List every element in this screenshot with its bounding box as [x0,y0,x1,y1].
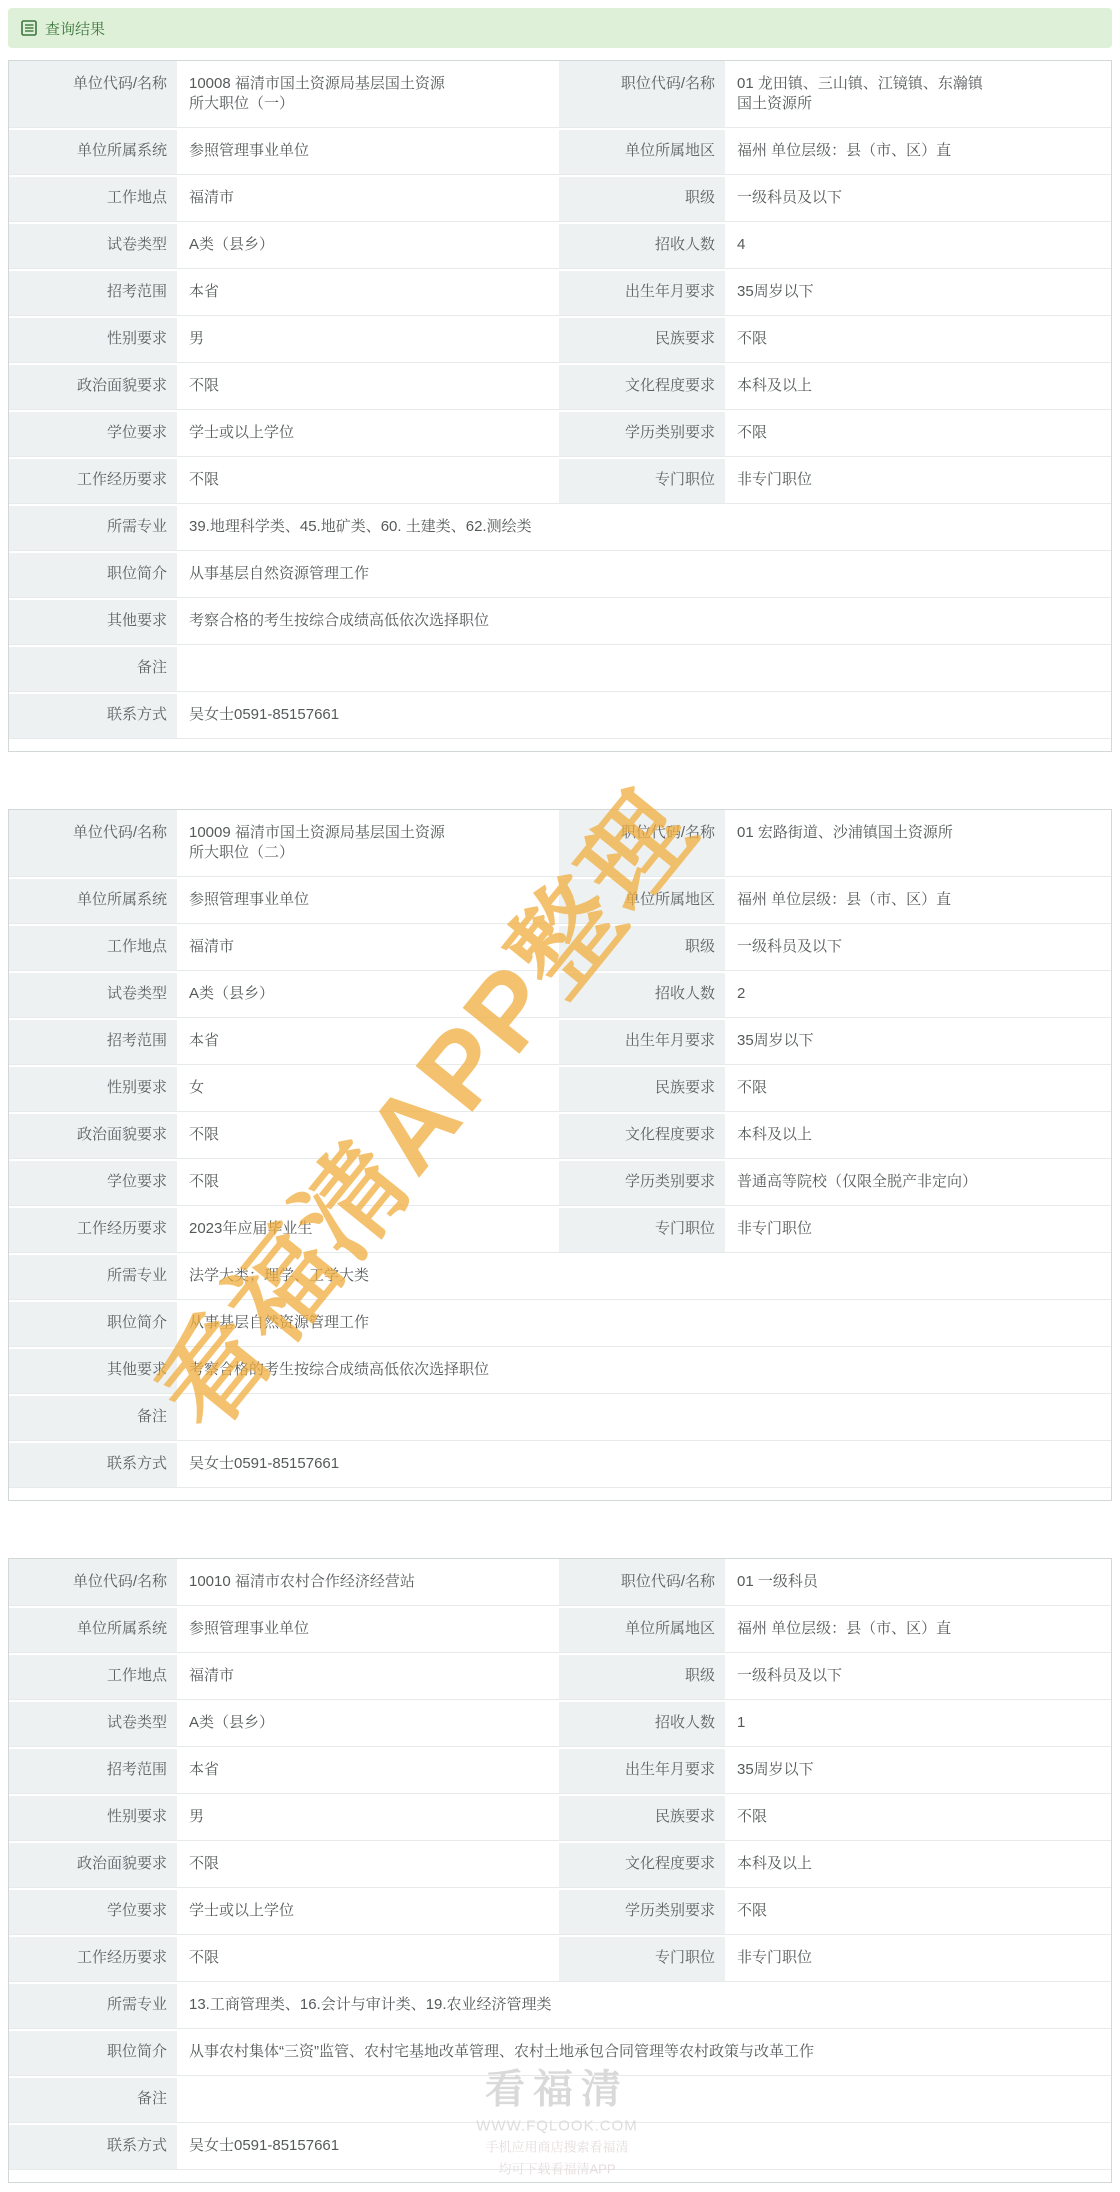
field-value: 一级科员及以下 [725,1653,1111,1699]
field-value: 考察合格的考生按综合成绩高低依次选择职位 [177,598,1111,644]
field-label: 联系方式 [9,1441,177,1487]
field-value: 2 [725,971,1111,1017]
field-value: 35周岁以下 [725,269,1111,315]
field-label: 专门职位 [559,1935,725,1981]
field-value: 本科及以上 [725,363,1111,409]
field-label: 专门职位 [559,1206,725,1252]
field-value: 福州 单位层级：县（市、区）直 [725,128,1111,174]
field-value: 女 [177,1065,559,1111]
field-value: 学士或以上学位 [177,1888,559,1934]
field-value: 非专门职位 [725,1935,1111,1981]
field-value: 不限 [177,1159,559,1205]
field-label: 职位代码/名称 [559,810,725,876]
field-value: 2023年应届毕业生 [177,1206,559,1252]
field-label: 试卷类型 [9,1700,177,1746]
field-label: 专门职位 [559,457,725,503]
field-value: 35周岁以下 [725,1747,1111,1793]
field-label: 联系方式 [9,692,177,738]
field-label: 学历类别要求 [559,1888,725,1934]
field-label: 工作地点 [9,924,177,970]
field-value: 不限 [177,457,559,503]
field-value: 学士或以上学位 [177,410,559,456]
field-label: 政治面貌要求 [9,363,177,409]
field-label: 工作地点 [9,1653,177,1699]
field-value: 从事基层自然资源管理工作 [177,1300,1111,1346]
field-label: 文化程度要求 [559,363,725,409]
field-value: 本省 [177,1747,559,1793]
field-value [177,1394,1111,1440]
field-value: 福州 单位层级：县（市、区）直 [725,877,1111,923]
field-value: 福清市 [177,1653,559,1699]
field-label: 职位简介 [9,551,177,597]
field-value: 考察合格的考生按综合成绩高低依次选择职位 [177,1347,1111,1393]
field-value: 男 [177,1794,559,1840]
results-header: 查询结果 [8,8,1112,48]
field-label: 单位所属地区 [559,128,725,174]
field-value: 福州 单位层级：县（市、区）直 [725,1606,1111,1652]
field-label: 所需专业 [9,1982,177,2028]
field-label: 学历类别要求 [559,410,725,456]
field-value: 1 [725,1700,1111,1746]
field-value: 参照管理事业单位 [177,877,559,923]
field-label: 工作经历要求 [9,1935,177,1981]
field-value: 本科及以上 [725,1841,1111,1887]
field-value: 10008 福清市国土资源局基层国土资源 所大职位（一） [177,61,559,127]
field-value: 福清市 [177,175,559,221]
field-label: 职位简介 [9,2029,177,2075]
table-list-icon [21,20,37,36]
field-value: 不限 [725,316,1111,362]
field-value: 法学大类；理学、工学大类 [177,1253,1111,1299]
field-value: 本科及以上 [725,1112,1111,1158]
field-value: A类（县乡） [177,1700,559,1746]
job-table: 单位代码/名称10010 福清市农村合作经济经营站职位代码/名称01 一级科员单… [8,1558,1112,2183]
field-value: 普通高等院校（仅限全脱产非定向） [725,1159,1111,1205]
field-label: 性别要求 [9,1065,177,1111]
field-value: 10009 福清市国土资源局基层国土资源 所大职位（二） [177,810,559,876]
field-label: 所需专业 [9,1253,177,1299]
field-value: A类（县乡） [177,971,559,1017]
field-value: 本省 [177,1018,559,1064]
field-label: 性别要求 [9,316,177,362]
field-value: 参照管理事业单位 [177,128,559,174]
field-label: 政治面貌要求 [9,1112,177,1158]
field-label: 试卷类型 [9,222,177,268]
field-label: 政治面貌要求 [9,1841,177,1887]
field-value: 不限 [725,1888,1111,1934]
field-label: 单位所属系统 [9,877,177,923]
field-label: 单位代码/名称 [9,1559,177,1605]
field-label: 工作经历要求 [9,1206,177,1252]
field-label: 出生年月要求 [559,1018,725,1064]
field-label: 学历类别要求 [559,1159,725,1205]
field-label: 单位所属系统 [9,1606,177,1652]
field-label: 职级 [559,175,725,221]
field-value: 非专门职位 [725,1206,1111,1252]
field-label: 单位所属系统 [9,128,177,174]
field-label: 学位要求 [9,1159,177,1205]
field-label: 单位所属地区 [559,1606,725,1652]
results-header-label: 查询结果 [45,18,105,39]
field-value: 13.工商管理类、16.会计与审计类、19.农业经济管理类 [177,1982,1111,2028]
field-label: 招考范围 [9,1018,177,1064]
field-value: 一级科员及以下 [725,924,1111,970]
job-table: 单位代码/名称10008 福清市国土资源局基层国土资源 所大职位（一）职位代码/… [8,60,1112,752]
field-value: 本省 [177,269,559,315]
field-label: 性别要求 [9,1794,177,1840]
field-value: 一级科员及以下 [725,175,1111,221]
field-label: 备注 [9,1394,177,1440]
field-label: 其他要求 [9,1347,177,1393]
query-results-page: 查询结果 单位代码/名称10008 福清市国土资源局基层国土资源 所大职位（一）… [0,8,1120,2183]
field-label: 工作经历要求 [9,457,177,503]
table-footer-strip [9,738,1111,751]
field-value: 不限 [725,410,1111,456]
field-value: 参照管理事业单位 [177,1606,559,1652]
field-label: 文化程度要求 [559,1841,725,1887]
field-label: 职级 [559,924,725,970]
field-value: 男 [177,316,559,362]
field-value: 从事基层自然资源管理工作 [177,551,1111,597]
field-label: 单位所属地区 [559,877,725,923]
field-label: 职位简介 [9,1300,177,1346]
field-value: 不限 [177,1112,559,1158]
field-label: 民族要求 [559,1794,725,1840]
field-label: 其他要求 [9,598,177,644]
field-value: 01 宏路街道、沙浦镇国土资源所 [725,810,1111,876]
table-footer-strip [9,2169,1111,2182]
field-value: 吴女士0591-85157661 [177,1441,1111,1487]
field-label: 民族要求 [559,1065,725,1111]
field-value: 01 一级科员 [725,1559,1111,1605]
field-value: 10010 福清市农村合作经济经营站 [177,1559,559,1605]
field-label: 招收人数 [559,1700,725,1746]
field-value: 39.地理科学类、45.地矿类、60. 土建类、62.测绘类 [177,504,1111,550]
field-label: 单位代码/名称 [9,61,177,127]
field-label: 招收人数 [559,971,725,1017]
field-value: 不限 [725,1794,1111,1840]
field-value: 吴女士0591-85157661 [177,2123,1111,2169]
field-label: 备注 [9,2076,177,2122]
field-label: 职位代码/名称 [559,61,725,127]
job-table: 单位代码/名称10009 福清市国土资源局基层国土资源 所大职位（二）职位代码/… [8,809,1112,1501]
field-value: 不限 [177,1841,559,1887]
field-label: 职级 [559,1653,725,1699]
field-value: A类（县乡） [177,222,559,268]
field-value [177,645,1111,691]
field-label: 出生年月要求 [559,1747,725,1793]
field-value: 35周岁以下 [725,1018,1111,1064]
field-value [177,2076,1111,2122]
field-label: 单位代码/名称 [9,810,177,876]
field-label: 招考范围 [9,1747,177,1793]
field-value: 4 [725,222,1111,268]
field-label: 招收人数 [559,222,725,268]
field-value: 福清市 [177,924,559,970]
field-value: 不限 [177,1935,559,1981]
field-label: 试卷类型 [9,971,177,1017]
field-label: 备注 [9,645,177,691]
field-value: 非专门职位 [725,457,1111,503]
field-value: 不限 [725,1065,1111,1111]
field-label: 联系方式 [9,2123,177,2169]
field-label: 职位代码/名称 [559,1559,725,1605]
field-value: 01 龙田镇、三山镇、江镜镇、东瀚镇 国土资源所 [725,61,1111,127]
field-label: 所需专业 [9,504,177,550]
field-label: 学位要求 [9,1888,177,1934]
field-value: 吴女士0591-85157661 [177,692,1111,738]
field-label: 招考范围 [9,269,177,315]
field-value: 不限 [177,363,559,409]
field-label: 文化程度要求 [559,1112,725,1158]
field-label: 出生年月要求 [559,269,725,315]
field-label: 工作地点 [9,175,177,221]
table-footer-strip [9,1487,1111,1500]
field-label: 学位要求 [9,410,177,456]
field-label: 民族要求 [559,316,725,362]
field-value: 从事农村集体“三资”监管、农村宅基地改革管理、农村土地承包合同管理等农村政策与改… [177,2029,1111,2075]
job-tables: 单位代码/名称10008 福清市国土资源局基层国土资源 所大职位（一）职位代码/… [0,60,1120,2183]
